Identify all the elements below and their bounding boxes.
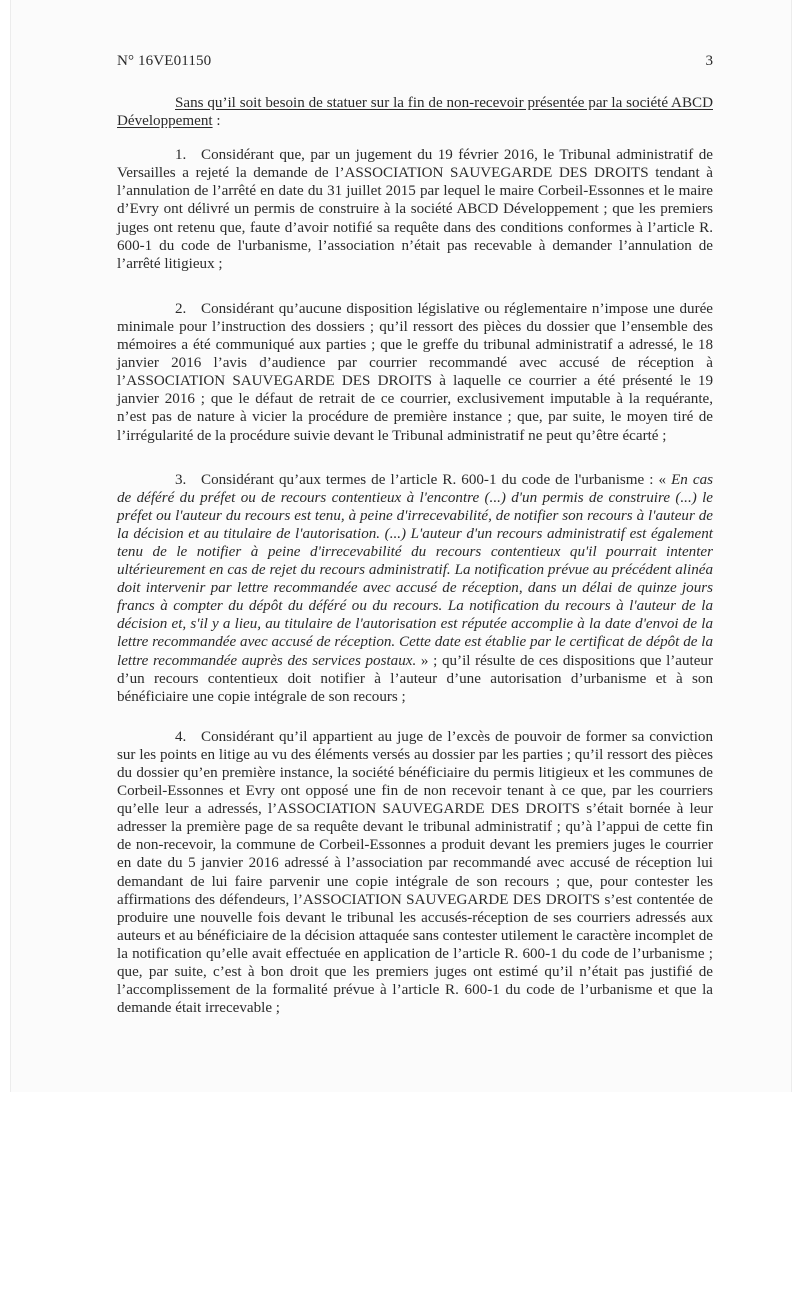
section-heading-underlined: Sans qu’il soit besoin de statuer sur la…	[117, 95, 713, 129]
section-heading: Sans qu’il soit besoin de statuer sur la…	[117, 94, 713, 130]
paragraph-text-before-quote: Considérant qu’aux termes de l’article R…	[201, 472, 671, 488]
document-page: N° 16VE01150 3 Sans qu’il soit besoin de…	[117, 52, 713, 1035]
section-heading-colon: :	[213, 113, 221, 129]
paragraph-text: Considérant que, par un jugement du 19 f…	[117, 147, 713, 272]
paragraph-number: 4.	[175, 728, 201, 746]
paragraph-number: 1.	[175, 146, 201, 164]
paragraph-number: 3.	[175, 471, 201, 489]
paragraph-4: 4.Considérant qu’il appartient au juge d…	[117, 728, 713, 1018]
page-header: N° 16VE01150 3	[117, 52, 713, 70]
paragraph-1: 1.Considérant que, par un jugement du 19…	[117, 146, 713, 273]
case-number: N° 16VE01150	[117, 52, 211, 70]
paragraph-2: 2.Considérant qu’aucune disposition légi…	[117, 300, 713, 445]
paragraph-3: 3.Considérant qu’aux termes de l’article…	[117, 471, 713, 706]
paragraph-text: Considérant qu’il appartient au juge de …	[117, 729, 713, 1016]
quoted-article-text: En cas de déféré du préfet ou de recours…	[117, 472, 713, 669]
paragraph-number: 2.	[175, 300, 201, 318]
page-number: 3	[705, 52, 713, 70]
paragraph-text: Considérant qu’aucune disposition législ…	[117, 301, 713, 444]
